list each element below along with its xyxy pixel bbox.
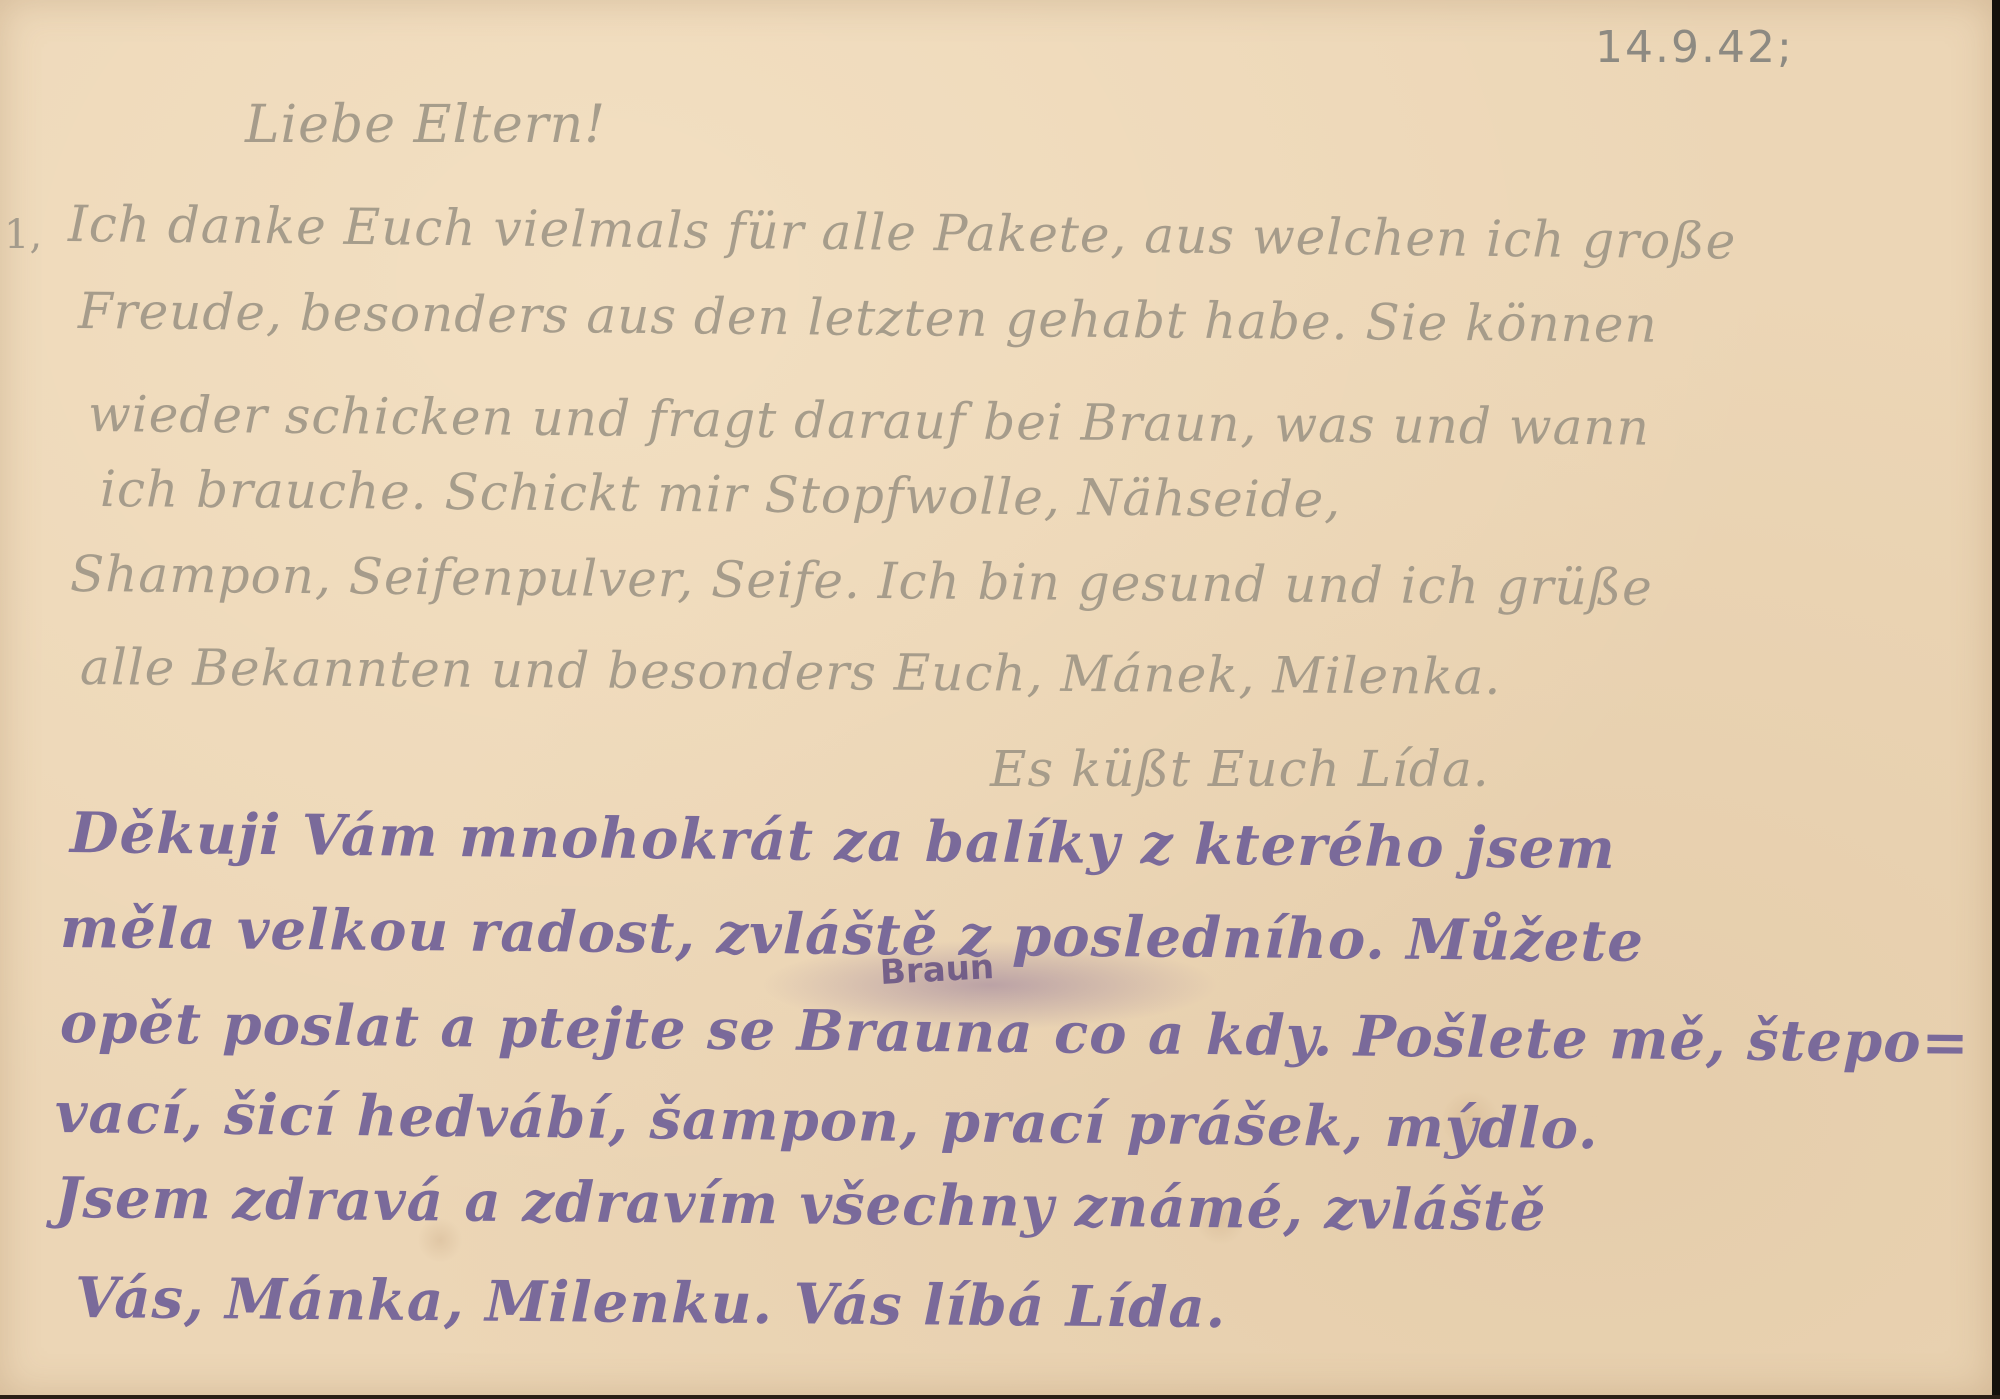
scan-border-bottom: [0, 1395, 2000, 1399]
czech-line-3: opět poslat a ptejte se Brauna co a kdy.…: [60, 990, 1970, 1076]
scan-border-right: [1992, 0, 2000, 1399]
margin-mark: 1,: [4, 212, 42, 258]
salutation: Liebe Eltern!: [245, 95, 606, 155]
czech-line-6: Vás, Mánka, Milenku. Vás líbá Lída.: [75, 1265, 1227, 1341]
german-line-1: Ich danke Euch vielmals für alle Pakete,…: [68, 195, 1737, 270]
german-line-6: alle Bekannten und besonders Euch, Mánek…: [80, 638, 1502, 706]
german-line-4: ich brauche. Schickt mir Stopfwolle, Näh…: [100, 460, 1342, 529]
german-line-3: wieder schicken und fragt darauf bei Bra…: [88, 385, 1650, 457]
german-line-2: Freude, besonders aus den letzten gehabt…: [78, 282, 1658, 354]
german-line-5: Shampon, Seifenpulver, Seife. Ich bin ge…: [70, 545, 1653, 617]
letter-date: 14.9.42;: [1595, 22, 1794, 73]
czech-line-5: Jsem zdravá a zdravím všechny známé, zvl…: [55, 1165, 1547, 1244]
letter-page: 14.9.42; 1, Liebe Eltern! Ich danke Euch…: [0, 0, 1992, 1395]
german-closing: Es küßt Euch Lída.: [990, 740, 1490, 798]
czech-line-1: Děkuji Vám mnohokrát za balíky z kterého…: [70, 800, 1616, 882]
czech-line-2: měla velkou radost, zvláště z posledního…: [60, 895, 1644, 975]
czech-line-4: vací, šicí hedvábí, šampon, prací prášek…: [55, 1080, 1599, 1162]
